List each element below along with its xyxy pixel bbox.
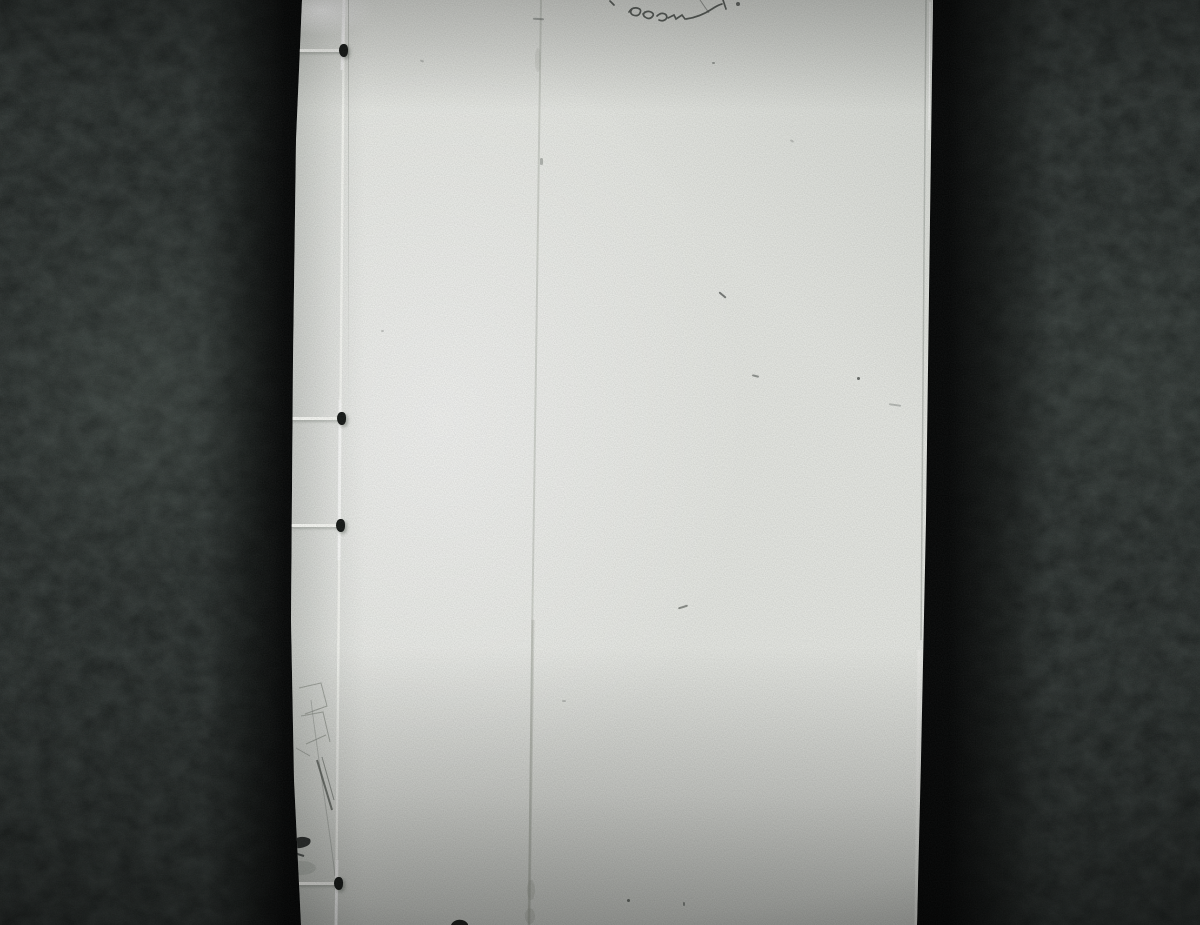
stitch-hole — [336, 519, 345, 532]
paper-speck — [712, 62, 715, 64]
paper-speck — [381, 330, 384, 332]
stitch-hole — [334, 877, 343, 890]
paper-speck — [736, 2, 740, 6]
paper-speck — [683, 902, 685, 906]
spine-fold-crease — [348, 0, 349, 420]
paper-speck — [718, 291, 726, 298]
stitch-thread — [291, 417, 341, 420]
paper-speck — [889, 403, 901, 407]
book-shadow-left — [205, 0, 305, 925]
photo-canvas — [0, 0, 1200, 925]
stitch-hole — [339, 44, 348, 57]
paper-speck — [678, 605, 688, 610]
paper-speck — [790, 139, 794, 143]
stitch-hole — [337, 412, 346, 425]
paper-speck — [857, 377, 860, 380]
paper-speck — [420, 59, 424, 62]
paper-speck — [627, 899, 630, 902]
stitch-thread — [291, 524, 340, 527]
paper-speck — [562, 700, 566, 702]
paper-speck — [752, 374, 759, 378]
paper-speck — [533, 18, 544, 21]
paper-speck — [540, 158, 543, 165]
